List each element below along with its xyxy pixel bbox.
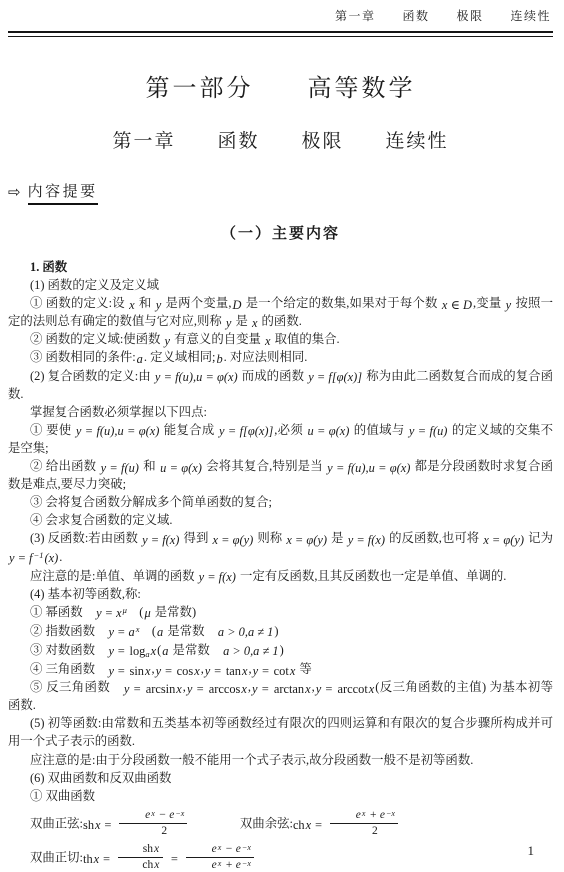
- chapter-title: 第一章 函数 极限 连续性: [8, 126, 553, 153]
- paragraph: ③ 对数函数 y = logax(a 是常数 a > 0,a ≠ 1): [8, 641, 553, 660]
- part-title: 第一部分 高等数学: [8, 68, 553, 103]
- paragraph: ④ 三角函数 y = sinx,y = cosx,y = tanx,y = co…: [8, 660, 553, 678]
- paragraph: 应注意的是:由于分段函数一般不能用一个式子表示,故分段函数一般不是初等函数.: [8, 751, 553, 769]
- paragraph: ③ 会将复合函数分解成多个简单函数的复合;: [8, 493, 553, 511]
- paragraph: ③ 函数相同的条件:a. 定义域相同;b. 对应法则相同.: [8, 348, 553, 366]
- paragraph: ① 双曲函数: [8, 787, 553, 805]
- paragraph: 应注意的是:单值、单调的函数 y = f(x) 一定有反函数,且其反函数也一定是…: [8, 567, 553, 585]
- fraction: shxchx: [118, 843, 163, 872]
- content-summary-marker: ⇨ 内容提要: [8, 180, 553, 205]
- fraction: ex − e−x2: [119, 809, 187, 838]
- paragraph: 掌握复合函数必须掌握以下四点:: [8, 403, 553, 421]
- paragraph: ④ 会求复合函数的定义域.: [8, 511, 553, 529]
- running-header: 第一章 函数 极限 连续性: [8, 8, 553, 25]
- paragraph: 1. 函数: [8, 258, 553, 276]
- rightwards-arrow-icon: ⇨: [8, 185, 21, 200]
- page-number: 1: [528, 843, 535, 859]
- fraction: ex − e−xex + e−x: [186, 843, 254, 872]
- paragraph: ② 函数的定义域:使函数 y 有意义的自变量 x 取值的集合.: [8, 330, 553, 348]
- paragraph: (3) 反函数:若由函数 y = f(x) 得到 x = φ(y) 则称 x =…: [8, 529, 553, 566]
- paragraph: ② 给出函数 y = f(u) 和 u = φ(x) 会将其复合,特别是当 y …: [8, 457, 553, 493]
- content-body: 1. 函数(1) 函数的定义及定义域① 函数的定义:设 x 和 y 是两个变量,…: [8, 258, 553, 872]
- paragraph: (5) 初等函数:由常数和五类基本初等函数经过有限次的四则运算和有限次的复合步骤…: [8, 714, 553, 750]
- paragraph: (6) 双曲函数和反双曲函数: [8, 769, 553, 787]
- paragraph: ① 幂函数 y = xμ (μ 是常数): [8, 603, 553, 622]
- paragraph: (1) 函数的定义及定义域: [8, 276, 553, 294]
- paragraph: ① 函数的定义:设 x 和 y 是两个变量,D 是一个给定的数集,如果对于每个数…: [8, 294, 553, 330]
- paragraph: ② 指数函数 y = ax (a 是常数 a > 0,a ≠ 1): [8, 622, 553, 641]
- paragraph: ① 要使 y = f(u),u = φ(x) 能复合成 y = f[φ(x)],…: [8, 421, 553, 457]
- book-page: 第一章 函数 极限 连续性 第一部分 高等数学 第一章 函数 极限 连续性 ⇨ …: [0, 0, 564, 872]
- paragraph: 双曲正弦:shx = ex − e−x2 双曲余弦:chx = ex + e−x…: [8, 810, 553, 839]
- paragraph: (4) 基本初等函数,称:: [8, 585, 553, 603]
- paragraph: ⑤ 反三角函数 y = arcsinx,y = arccosx,y = arct…: [8, 678, 553, 714]
- content-summary-label: 内容提要: [28, 180, 98, 205]
- paragraph: (2) 复合函数的定义:由 y = f(u),u = φ(x) 而成的函数 y …: [8, 367, 553, 403]
- paragraph: 双曲正切:thx = shxchx = ex − e−xex + e−x: [8, 844, 553, 872]
- fraction: ex + e−x2: [330, 809, 398, 838]
- double-rule-divider: [8, 31, 553, 37]
- section-heading: （一）主要内容: [8, 222, 553, 243]
